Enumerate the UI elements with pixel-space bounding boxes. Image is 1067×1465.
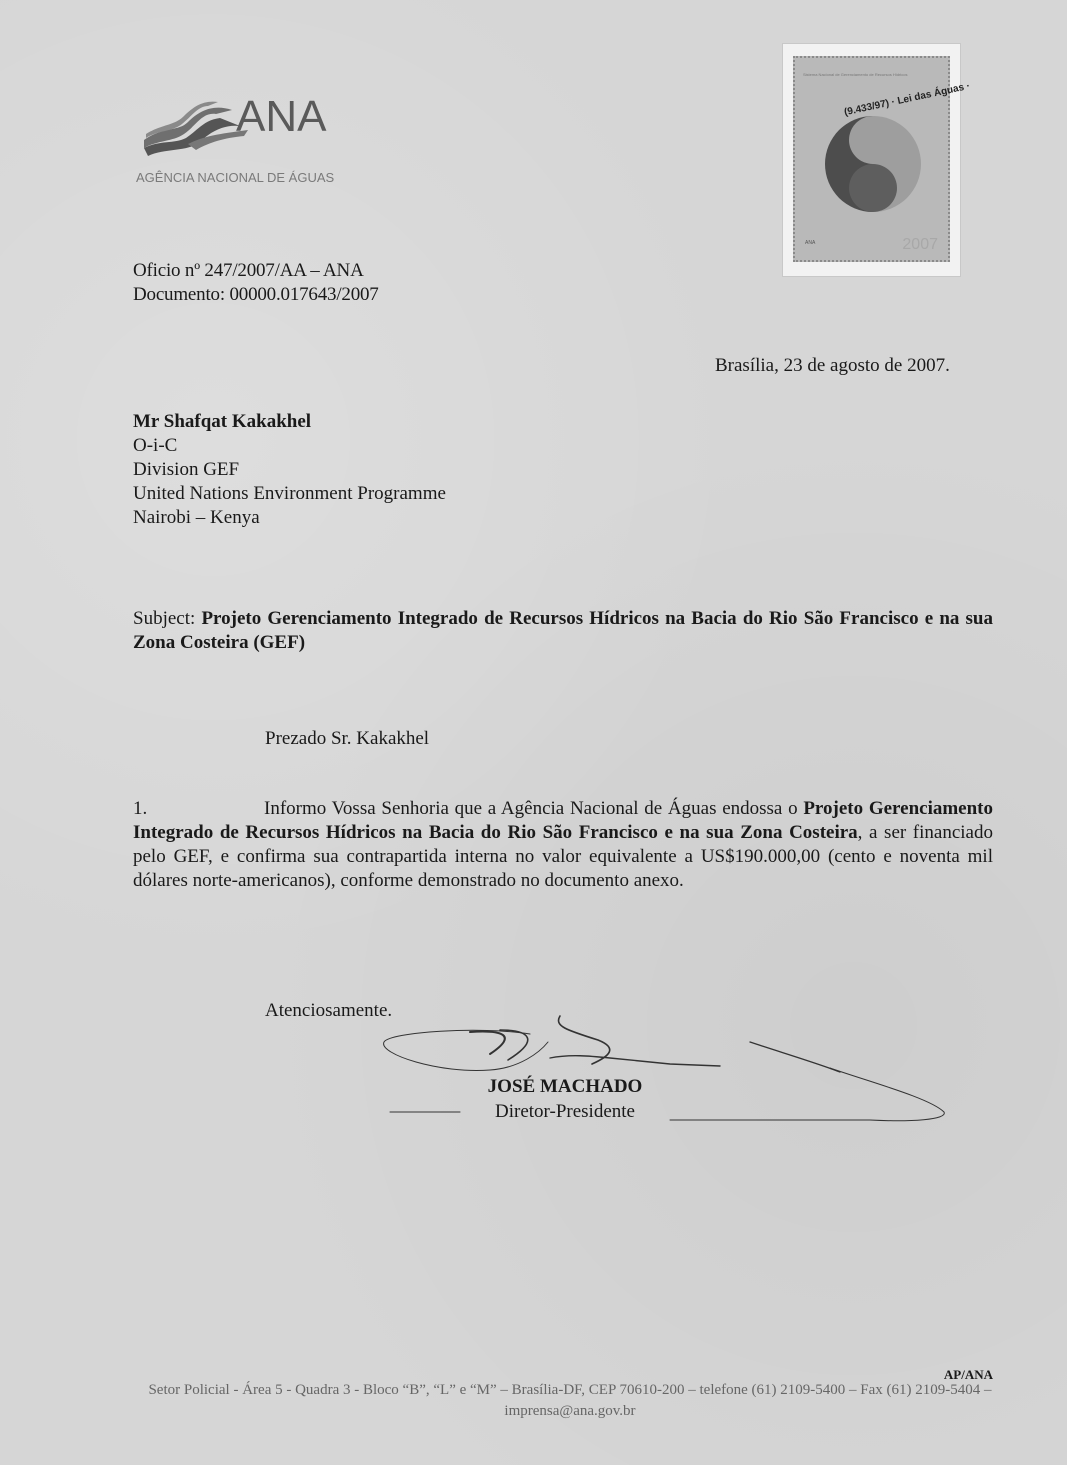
signer-block: JOSÉ MACHADO Diretor-Presidente: [440, 1074, 690, 1124]
recipient-name: Mr Shafqat Kakakhel: [133, 410, 446, 434]
paragraph-intro: Informo Vossa Senhoria que a Agência Nac…: [264, 798, 803, 819]
agency-logo: ANA AGÊNCIA NACIONAL DE ÁGUAS: [144, 96, 384, 196]
recipient-block: Mr Shafqat Kakakhel O-i-C Division GEF U…: [133, 410, 446, 530]
stamp-ana-label: ANA: [805, 240, 815, 246]
logo-subtitle: AGÊNCIA NACIONAL DE ÁGUAS: [136, 170, 334, 185]
subject-line: Subject: Projeto Gerenciamento Integrado…: [133, 607, 993, 655]
oficio-number: Oficio nº 247/2007/AA – ANA: [133, 259, 379, 283]
salutation: Prezado Sr. Kakakhel: [265, 728, 429, 750]
document-reference: Oficio nº 247/2007/AA – ANA Documento: 0…: [133, 259, 379, 307]
water-waves-icon: [144, 96, 248, 158]
recipient-line: United Nations Environment Programme: [133, 482, 446, 506]
signer-name: JOSÉ MACHADO: [440, 1074, 690, 1099]
letter-date: Brasília, 23 de agosto de 2007.: [715, 355, 950, 377]
document-number: Documento: 00000.017643/2007: [133, 283, 379, 307]
footer-address: Setor Policial - Área 5 - Quadra 3 - Blo…: [140, 1380, 1000, 1422]
stamp-year: 2007: [902, 236, 938, 254]
paragraph-number: 1.: [133, 797, 264, 821]
signer-title: Diretor-Presidente: [440, 1099, 690, 1124]
stamp-arc-text: (9.433/97) · Lei das Águas ·: [843, 81, 971, 118]
logo-wordmark: ANA: [236, 92, 326, 142]
stamp-image: Sistema Nacional de Gerenciamento de Rec…: [793, 56, 950, 262]
subject-text: Projeto Gerenciamento Integrado de Recur…: [133, 608, 993, 653]
body-paragraph: 1.Informo Vossa Senhoria que a Agência N…: [133, 797, 993, 893]
recipient-line: Nairobi – Kenya: [133, 506, 446, 530]
yin-yang-icon: [825, 116, 921, 212]
recipient-line: Division GEF: [133, 458, 446, 482]
subject-label: Subject:: [133, 608, 195, 629]
postage-stamp: Sistema Nacional de Gerenciamento de Rec…: [783, 44, 960, 276]
recipient-line: O-i-C: [133, 434, 446, 458]
stamp-header-text: Sistema Nacional de Gerenciamento de Rec…: [803, 72, 943, 77]
